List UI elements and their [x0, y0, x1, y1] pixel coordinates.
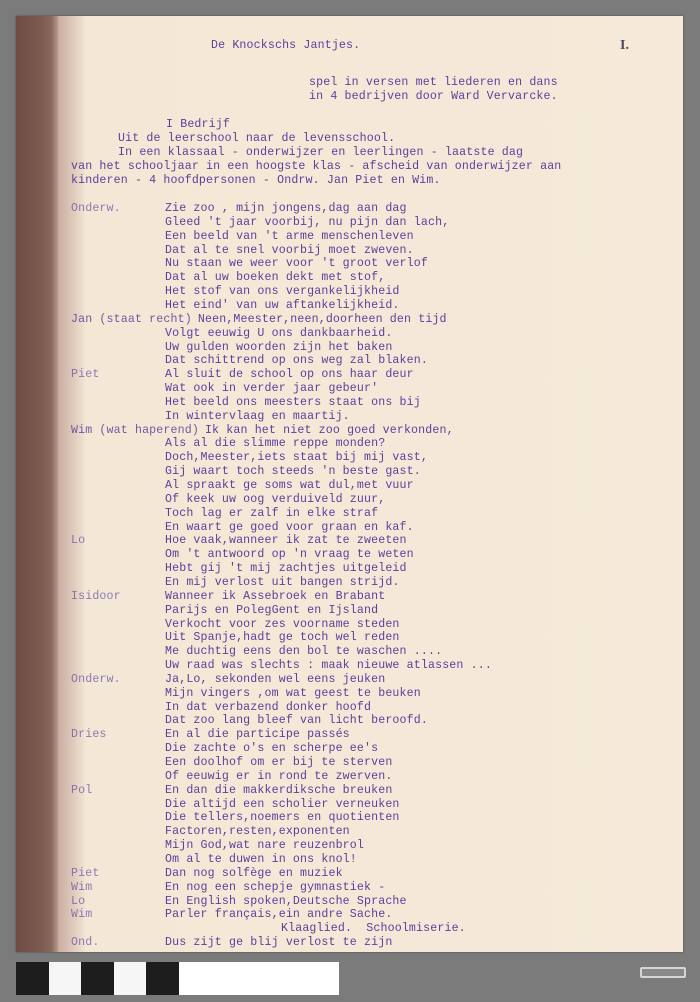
verse-line: Hoe vaak,wanneer ik zat te zweeten — [165, 534, 407, 548]
verse-line: Factoren,resten,exponenten — [165, 825, 350, 839]
verse-line: Dat al te snel voorbij moet zweven. — [165, 244, 414, 258]
verse-line: Parijs en PolegGent en Ijsland — [165, 604, 378, 618]
scene-title: Uit de leerschool naar de levensschool. — [118, 132, 395, 146]
verse-line: Uit Spanje,hadt ge toch wel reden — [165, 631, 400, 645]
speaker-label: Dries — [71, 728, 107, 742]
verse-line: Die zachte o's en scherpe ee's — [165, 742, 378, 756]
document-title: De Knockschs Jantjes. — [211, 39, 360, 53]
color-calibration-strip — [16, 962, 339, 995]
verse-line: Neen,Meester,neen,doorheen den tijd — [198, 313, 447, 327]
speaker-label: Pol — [71, 784, 92, 798]
verse-line: Wanneer ik Assebroek en Brabant — [165, 590, 385, 604]
verse-line: Gij waart toch steeds 'n beste gast. — [165, 465, 421, 479]
verse-line: Gleed 't jaar voorbij, nu pijn dan lach, — [165, 216, 449, 230]
calibration-block — [114, 962, 146, 995]
verse-line: En English spoken,Deutsche Sprache — [165, 895, 407, 909]
verse-line: Me duchtig eens den bol te waschen .... — [165, 645, 442, 659]
scene-description-3: kinderen - 4 hoofdpersonen - Ondrw. Jan … — [71, 174, 441, 188]
song-heading: Klaaglied. Schoolmiserie. — [281, 922, 466, 936]
verse-line: Uw gulden woorden zijn het baken — [165, 341, 392, 355]
scale-bar-icon — [640, 967, 686, 978]
verse-line: Mijn vingers ,om wat geest te beuken — [165, 687, 421, 701]
calibration-block — [179, 962, 339, 995]
verse-line: Het beeld ons meesters staat ons bij — [165, 396, 421, 410]
speaker-label: Lo — [71, 534, 85, 548]
verse-line: Een beeld van 't arme menschenleven — [165, 230, 414, 244]
calibration-block — [16, 962, 49, 995]
speaker-label: Ond. — [71, 936, 99, 950]
speaker-label: Piet — [71, 368, 99, 382]
verse-line: Het stof van ons vergankelijkheid — [165, 285, 400, 299]
verse-line: Al sluit de school op ons haar deur — [165, 368, 414, 382]
scene-description-1: In een klassaal - onderwijzer en leerlin… — [118, 146, 523, 160]
verse-line: En al die participe passés — [165, 728, 350, 742]
verse-line: In dat verbazend donker hoofd — [165, 701, 371, 715]
verse-line: Nu staan we weer voor 't groot verlof — [165, 257, 428, 271]
speaker-label: Wim — [71, 881, 92, 895]
verse-line: Of keek uw oog verduiveld zuur, — [165, 493, 385, 507]
verse-line: Die tellers,noemers en quotienten — [165, 811, 400, 825]
subtitle-line-1: spel in versen met liederen en dans — [309, 76, 558, 90]
subtitle-line-2: in 4 bedrijven door Ward Vervarcke. — [309, 90, 558, 104]
verse-line: Om 't antwoord op 'n vraag te weten — [165, 548, 414, 562]
verse-line: En mij verlost uit bangen strijd. — [165, 576, 400, 590]
verse-line: Zie zoo , mijn jongens,dag aan dag — [165, 202, 407, 216]
verse-line: Dat al uw boeken dekt met stof, — [165, 271, 385, 285]
calibration-block — [81, 962, 114, 995]
verse-line: Dus zijt ge blij verlost te zijn — [165, 936, 392, 950]
speaker-label: Lo — [71, 895, 85, 909]
verse-line: Als al die slimme reppe monden? — [165, 437, 385, 451]
speaker-label: Wim — [71, 908, 92, 922]
verse-line: Volgt eeuwig U ons dankbaarheid. — [165, 327, 392, 341]
verse-line: Mijn God,wat nare reuzenbrol — [165, 839, 364, 853]
verse-line: Ik kan het niet zoo goed verkonden, — [205, 424, 454, 438]
scene-description-2: van het schooljaar in een hoogste klas -… — [71, 160, 561, 174]
verse-line: Dat schittrend op ons weg zal blaken. — [165, 354, 428, 368]
verse-line: Ja,Lo, sekonden wel eens jeuken — [165, 673, 385, 687]
verse-line: En waart ge goed voor graan en kaf. — [165, 521, 414, 535]
verse-line: Al spraakt ge soms wat dul,met vuur — [165, 479, 414, 493]
verse-line: Parler français,ein andre Sache. — [165, 908, 392, 922]
speaker-label: Piet — [71, 867, 99, 881]
speaker-label: Onderw. — [71, 673, 121, 687]
speaker-label: Jan (staat recht) — [71, 313, 192, 327]
calibration-block — [49, 962, 81, 995]
verse-line: En dan die makkerdiksche breuken — [165, 784, 392, 798]
verse-line: En nog een schepje gymnastiek - — [165, 881, 385, 895]
typescript-body: De Knockschs Jantjes. spel in versen met… — [16, 16, 683, 952]
verse-line: Dat zoo lang bleef van licht beroofd. — [165, 714, 428, 728]
act-heading: I Bedrijf — [166, 118, 230, 132]
verse-line: Verkocht voor zes voorname steden — [165, 618, 400, 632]
speaker-label: Onderw. — [71, 202, 121, 216]
verse-line: Of eeuwig er in rond te zwerven. — [165, 770, 392, 784]
speaker-label: Isidoor — [71, 590, 121, 604]
verse-line: Die altijd een scholier verneuken — [165, 798, 400, 812]
verse-line: Uw raad was slechts : maak nieuwe atlass… — [165, 659, 492, 673]
verse-line: Een doolhof om er bij te sterven — [165, 756, 392, 770]
verse-line: In wintervlaag en maartij. — [165, 410, 350, 424]
document-page: I. De Knockschs Jantjes. spel in versen … — [16, 16, 683, 952]
verse-line: Om al te duwen in ons knol! — [165, 853, 357, 867]
calibration-block — [146, 962, 179, 995]
verse-line: Toch lag er zalf in elke straf — [165, 507, 378, 521]
speaker-label: Wim (wat haperend) — [71, 424, 199, 438]
verse-line: Het eind' van uw aftankelijkheid. — [165, 299, 400, 313]
verse-line: Wat ook in verder jaar gebeur' — [165, 382, 378, 396]
verse-line: Dan nog solfège en muziek — [165, 867, 343, 881]
verse-line: Hebt gij 't mij zachtjes uitgeleid — [165, 562, 407, 576]
verse-line: Doch,Meester,iets staat bij mij vast, — [165, 451, 428, 465]
